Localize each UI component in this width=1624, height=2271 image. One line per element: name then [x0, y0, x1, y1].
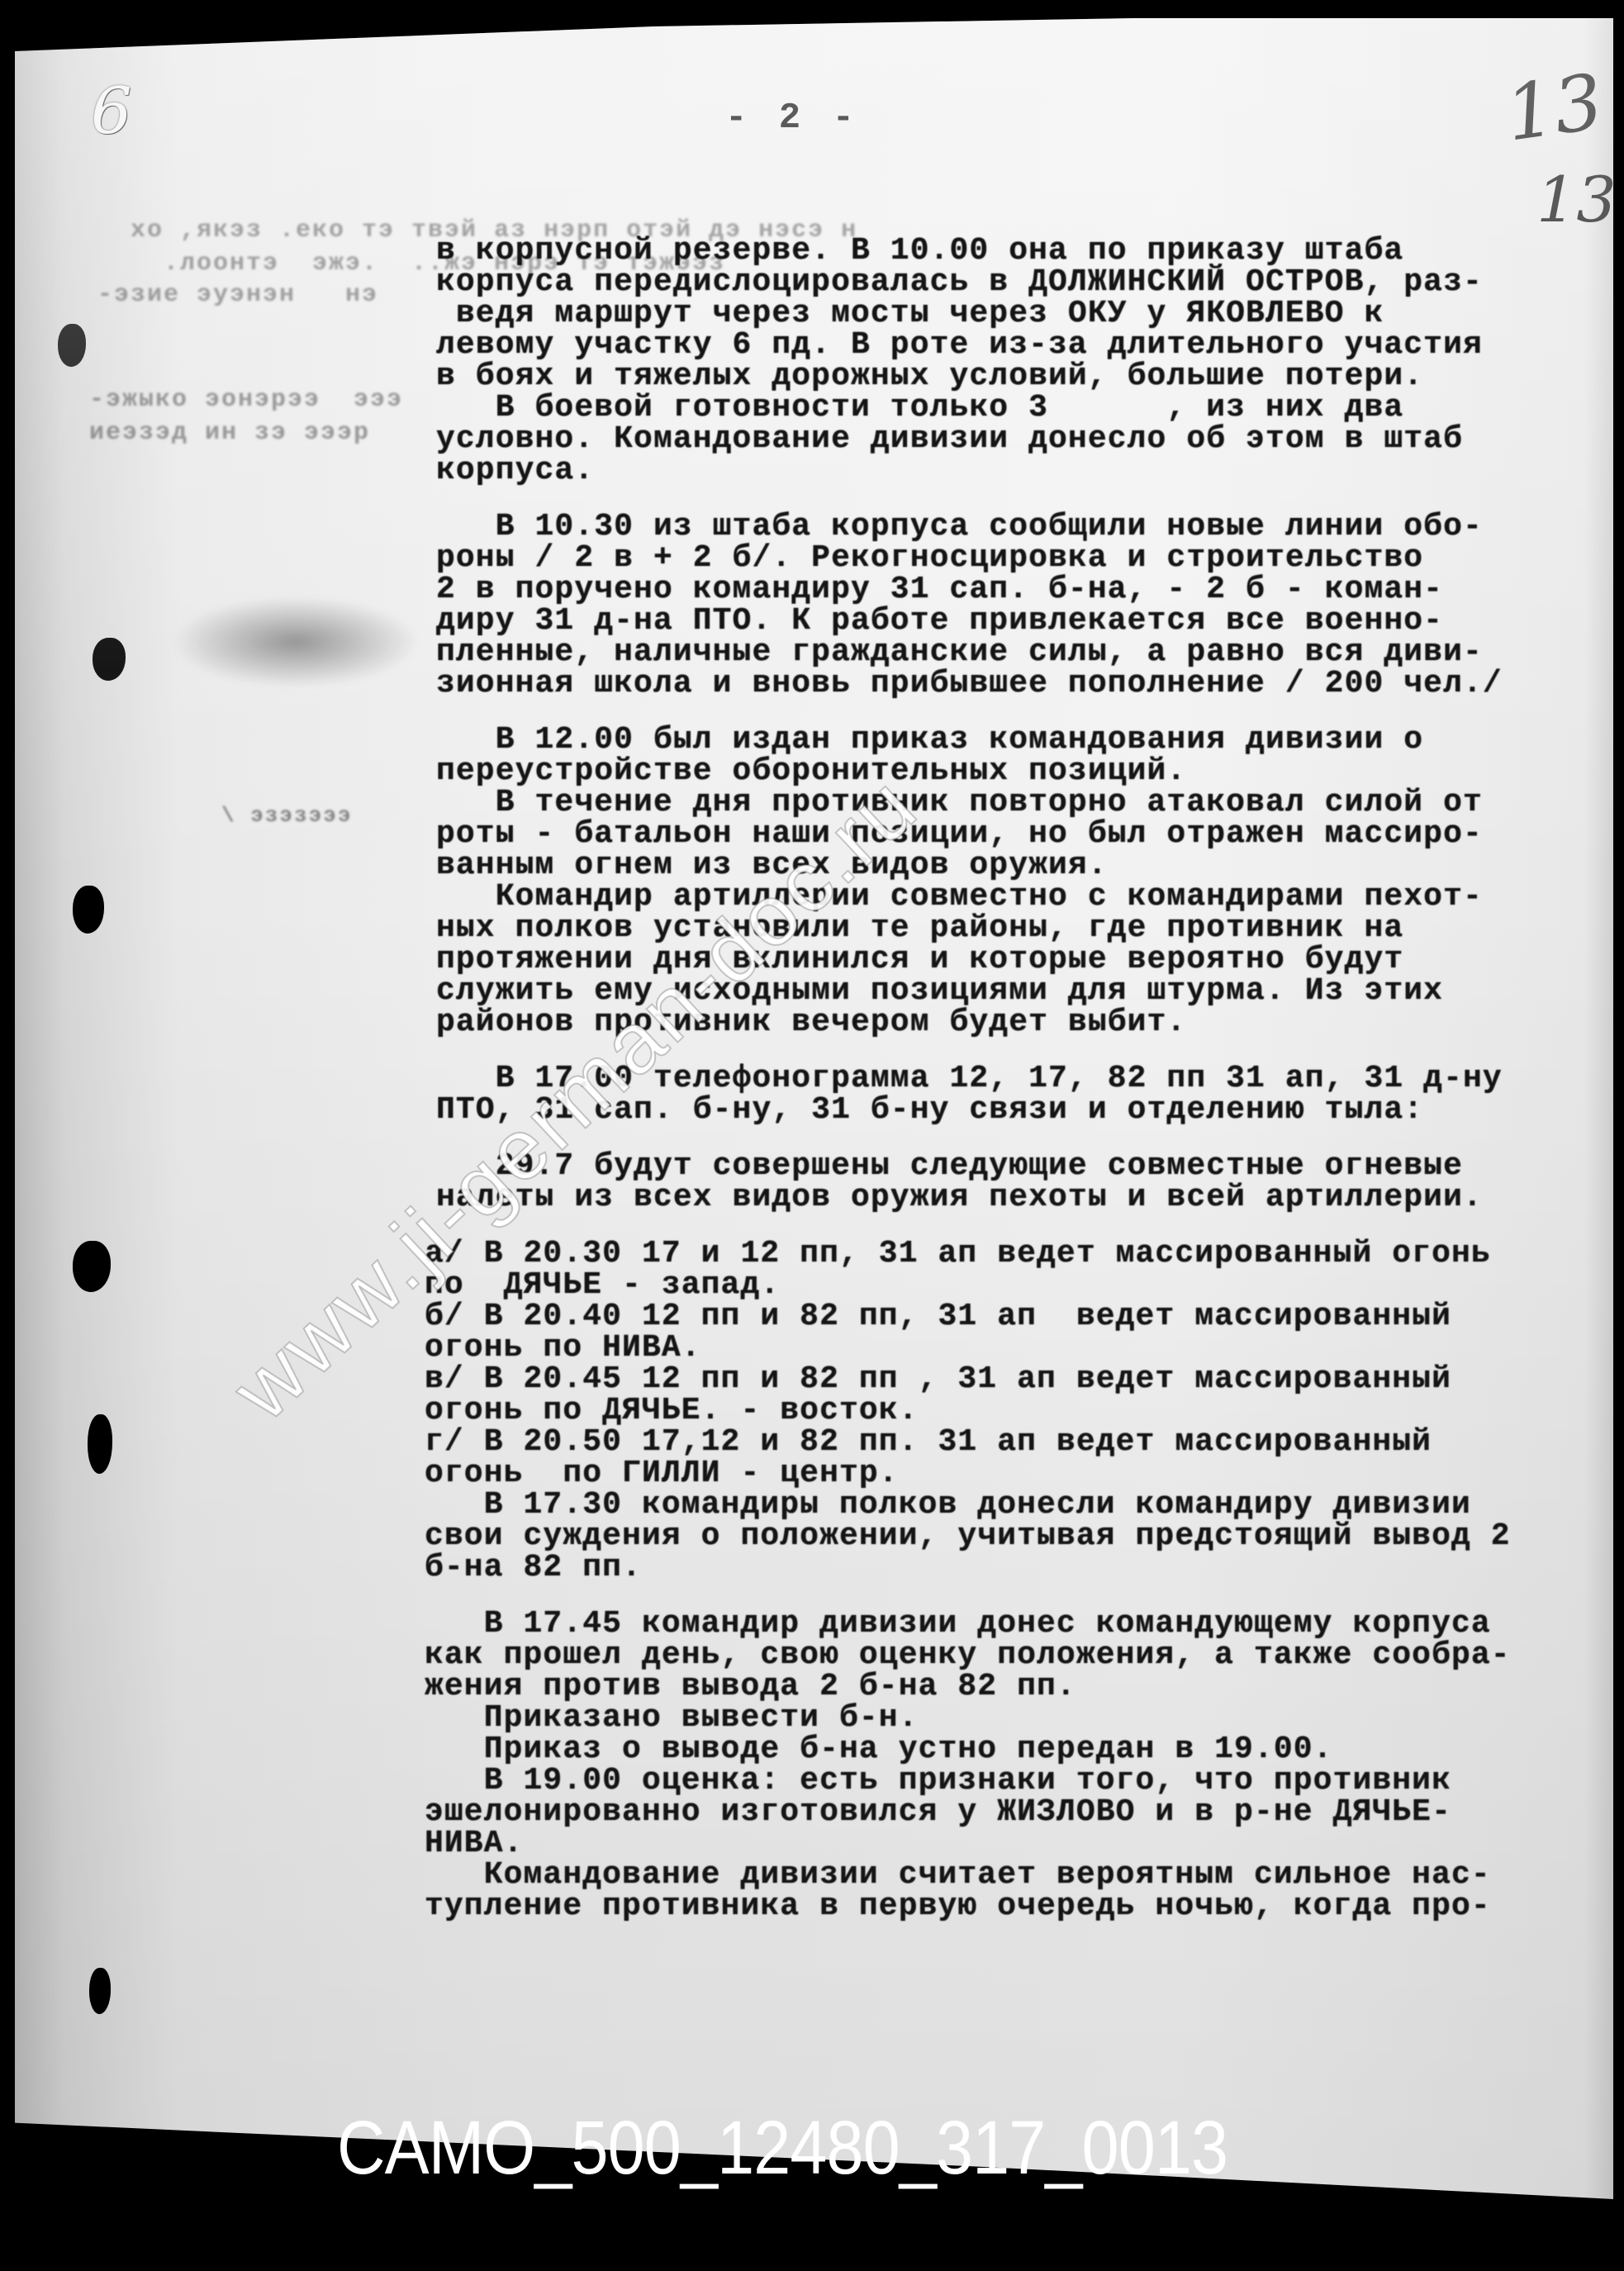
ink-smudge	[172, 596, 420, 687]
paragraph: В 10.30 из штаба корпуса сообщили новые …	[436, 511, 1609, 700]
text-line: корпуса.	[436, 455, 1609, 487]
text-line: переустройстве оборонительных позиций.	[436, 756, 1609, 787]
paragraph-fire-plan: а/ В 20.30 17 и 12 пп, 31 ап ведет масси…	[425, 1238, 1609, 1584]
punch-hole	[73, 886, 104, 934]
handwritten-folio-number-2: 13	[1536, 163, 1617, 236]
archive-reference-label: CAMO_500_12480_317_0013	[337, 2105, 1227, 2192]
text-line: Приказ о выводе б-на устно передан в 19.…	[425, 1734, 1609, 1765]
punch-hole	[93, 638, 126, 681]
text-line: Командование дивизии считает вероятным с…	[425, 1860, 1609, 1891]
text-line: корпуса передислоцировалась в ДОЛЖИНСКИЙ…	[436, 267, 1609, 298]
text-line: В 17.45 командир дивизии донес командующ…	[425, 1608, 1609, 1640]
text-line: В 10.30 из штаба корпуса сообщили новые …	[436, 511, 1609, 543]
text-line: условно. Командование дивизии донесло об…	[436, 424, 1609, 455]
text-line: роны / 2 в + 2 б/. Рекогносцировка и стр…	[436, 543, 1609, 574]
text-line: г/ В 20.50 17,12 и 82 пп. 31 ап ведет ма…	[425, 1427, 1609, 1458]
text-line: эшелонированно изготовился у ЖИЗЛОВО и в…	[425, 1797, 1609, 1828]
paragraph: В 17.45 командир дивизии донес командующ…	[425, 1608, 1609, 1922]
text-line: жения против вывода 2 б-на 82 пп.	[425, 1671, 1609, 1703]
text-line: Приказано вывести б-н.	[425, 1703, 1609, 1734]
paragraph: 29.7 будут совершены следующие совместны…	[436, 1151, 1609, 1214]
punch-hole	[88, 1414, 112, 1474]
bleed-through-text: иеэзэд ин зэ эээр	[89, 419, 370, 447]
paragraph: В 12.00 был издан приказ командования ди…	[436, 725, 1609, 1038]
text-line: Командир артиллерии совместно с командир…	[436, 881, 1609, 913]
text-line: левому участку 6 пд. В роте из-за длител…	[436, 330, 1609, 361]
text-line: В 17.30 командиры полков донесли команди…	[425, 1489, 1609, 1521]
text-line: огонь по НИВА.	[425, 1333, 1609, 1364]
text-line: б/ В 20.40 12 пп и 82 пп, 31 ап ведет ма…	[425, 1301, 1609, 1333]
text-line: 2 в поручено командиру 31 сап. б-на, - 2…	[436, 574, 1609, 606]
text-line: пленные, наличные гражданские силы, а ра…	[436, 637, 1609, 668]
text-line: свои суждения о положении, учитывая пред…	[425, 1521, 1609, 1552]
text-line: в боях и тяжелых дорожных условий, больш…	[436, 361, 1609, 392]
punch-hole	[73, 1241, 111, 1292]
text-line: в/ В 20.45 12 пп и 82 пп , 31 ап ведет м…	[425, 1364, 1609, 1395]
text-line: В течение дня противник повторно атакова…	[436, 787, 1609, 819]
handwritten-folio-number: 13	[1500, 57, 1608, 158]
text-line: ведя маршрут через мосты через ОКУ у ЯКО…	[436, 298, 1609, 330]
text-line: ных полков установили те районы, где про…	[436, 913, 1609, 944]
text-line: роты - батальон наши позиции, но был отр…	[436, 819, 1609, 850]
text-line: огонь по ДЯЧЬЕ. - восток.	[425, 1395, 1609, 1427]
page-number: - 2 -	[725, 97, 859, 139]
bleed-through-text: -эжыко эонэрээ эээ	[89, 386, 403, 414]
bleed-through-text: \ эзэзэээ	[221, 803, 352, 828]
text-line: налеты из всех видов оружия пехоты и все…	[436, 1182, 1609, 1214]
text-line: а/ В 20.30 17 и 12 пп, 31 ап ведет масси…	[425, 1238, 1609, 1270]
paragraph: в корпусной резерве. В 10.00 она по прик…	[436, 235, 1609, 487]
text-line: в корпусной резерве. В 10.00 она по прик…	[436, 235, 1609, 267]
punch-hole	[89, 1968, 111, 2014]
text-line: 29.7 будут совершены следующие совместны…	[436, 1151, 1609, 1182]
punch-hole	[58, 324, 86, 367]
text-line: В боевой готовности только 3 , из них дв…	[436, 392, 1609, 424]
bleed-through-text: -эзие эуэнэн нэ	[97, 281, 378, 309]
text-line: зионная школа и вновь прибывшее пополнен…	[436, 668, 1609, 700]
text-line: протяжении дня вклинился и которые вероя…	[436, 944, 1609, 976]
text-line: ванным огнем из всех видов оружия.	[436, 850, 1609, 881]
text-line: как прошел день, свою оценку положения, …	[425, 1640, 1609, 1671]
text-line: НИВА.	[425, 1828, 1609, 1860]
text-line: огонь по ГИЛЛИ - центр.	[425, 1458, 1609, 1489]
text-line: б-на 82 пп.	[425, 1552, 1609, 1584]
text-line: по ДЯЧЬЕ - запад.	[425, 1270, 1609, 1301]
handwritten-margin-mark: 6	[91, 74, 132, 149]
text-line: В 12.00 был издан приказ командования ди…	[436, 725, 1609, 756]
text-line: диру 31 д-на ПТО. К работе привлекается …	[436, 606, 1609, 637]
text-line: В 19.00 оценка: есть признаки того, что …	[425, 1765, 1609, 1797]
text-line: тупление противника в первую очередь ноч…	[425, 1891, 1609, 1922]
